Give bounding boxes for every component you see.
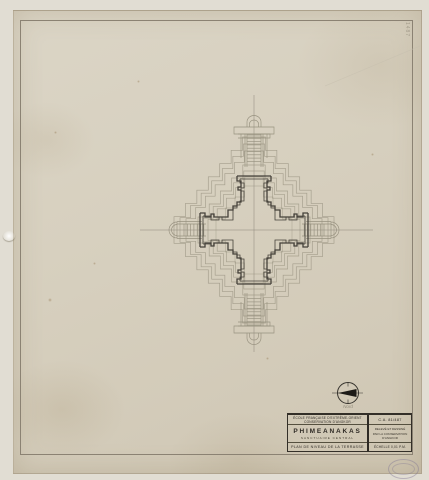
- monument-subtitle: SANCTUAIRE CENTRAL: [288, 436, 367, 440]
- title-block: ÉCOLE FRANÇAISE D'EXTRÊME-ORIENT CONSERV…: [287, 413, 412, 452]
- scanned-drawing-sheet: 1487 Nord ÉCOLE FRANÇAISE D'EXTRÊME-ORIE…: [0, 0, 429, 480]
- axis-centerlines: [140, 95, 373, 352]
- white-paper-defect: [3, 231, 15, 241]
- title-block-right-column: C.A. 81/487 RELEVÉ ET DESSINÉ PAR LA CON…: [369, 415, 411, 451]
- library-stamp: [388, 459, 419, 479]
- credit-line3: D'ANGKOR: [369, 436, 411, 440]
- inventory-number-annotation: 1487: [404, 22, 410, 37]
- monument-name-cell: PHIMEANAKAS SANCTUAIRE CENTRAL: [288, 425, 367, 443]
- reference-number: C.A. 81/487: [369, 415, 411, 425]
- credit-line1: RELEVÉ ET DESSINÉ: [369, 427, 411, 431]
- title-block-left-column: ÉCOLE FRANÇAISE D'EXTRÊME-ORIENT CONSERV…: [288, 415, 369, 451]
- credit-cell: RELEVÉ ET DESSINÉ PAR LA CONSERVATION D'…: [369, 425, 411, 443]
- sheet-frame: [21, 21, 413, 455]
- institution-header: ÉCOLE FRANÇAISE D'EXTRÊME-ORIENT CONSERV…: [288, 415, 367, 425]
- drawing-title: PLAN DE NIVEAU DE LA TERRASSE: [288, 443, 367, 451]
- paper-crease: [325, 46, 420, 86]
- monument-name: PHIMEANAKAS: [288, 428, 367, 435]
- institution-line2: CONSERVATION D'ANGKOR: [288, 420, 367, 424]
- north-arrow-label: Nord: [334, 404, 362, 409]
- plan-drawing: [0, 0, 429, 480]
- scale-note: ÉCHELLE 0,01 P.M.: [369, 443, 411, 451]
- north-arrow-icon: [332, 383, 363, 404]
- temple-plan: [140, 95, 373, 352]
